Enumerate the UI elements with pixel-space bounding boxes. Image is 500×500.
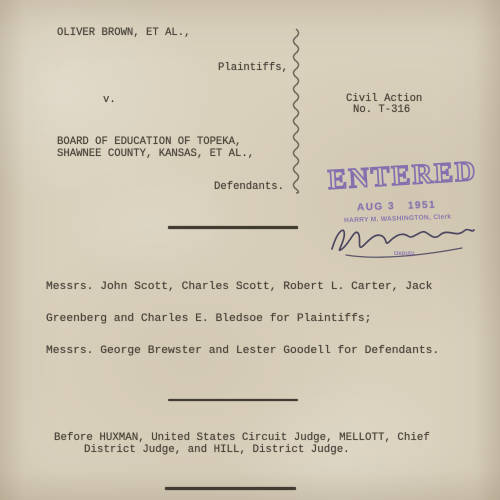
judges-line1: Before HUXMAN, United States Circuit Jud… [54, 432, 430, 444]
defendants-label: Defendants. [214, 181, 284, 193]
entered-stamp-date: AUG 3 1951 [357, 200, 436, 214]
civil-action-line2: No. T-316 [353, 104, 410, 116]
plaintiff-name: OLIVER BROWN, ET AL., [57, 27, 191, 39]
attorneys-line2: Greenberg and Charles E. Bledsoe for Pla… [46, 313, 371, 325]
attorneys-divider-rule [168, 399, 298, 401]
deputy-label: Deputy [394, 251, 414, 257]
defendant-name-line1: BOARD OF EDUCATION OF TOPEKA, [57, 136, 241, 148]
attorneys-line3: Messrs. George Brewster and Lester Goode… [46, 345, 439, 357]
scanned-court-document: OLIVER BROWN, ET AL., Plaintiffs, v. BOA… [0, 0, 500, 500]
defendant-name-line2: SHAWNEE COUNTY, KANSAS, ET AL., [57, 148, 254, 160]
judges-line2: District Judge, and HILL, District Judge… [84, 444, 350, 456]
caption-bracket-icon [289, 27, 303, 195]
bottom-divider-rule [165, 487, 296, 490]
plaintiffs-label: Plaintiffs, [218, 62, 288, 74]
versus-label: v. [103, 94, 116, 106]
attorneys-line1: Messrs. John Scott, Charles Scott, Rober… [46, 281, 432, 293]
caption-divider-rule [168, 226, 298, 229]
entered-stamp-word: ENTERED [327, 155, 489, 197]
